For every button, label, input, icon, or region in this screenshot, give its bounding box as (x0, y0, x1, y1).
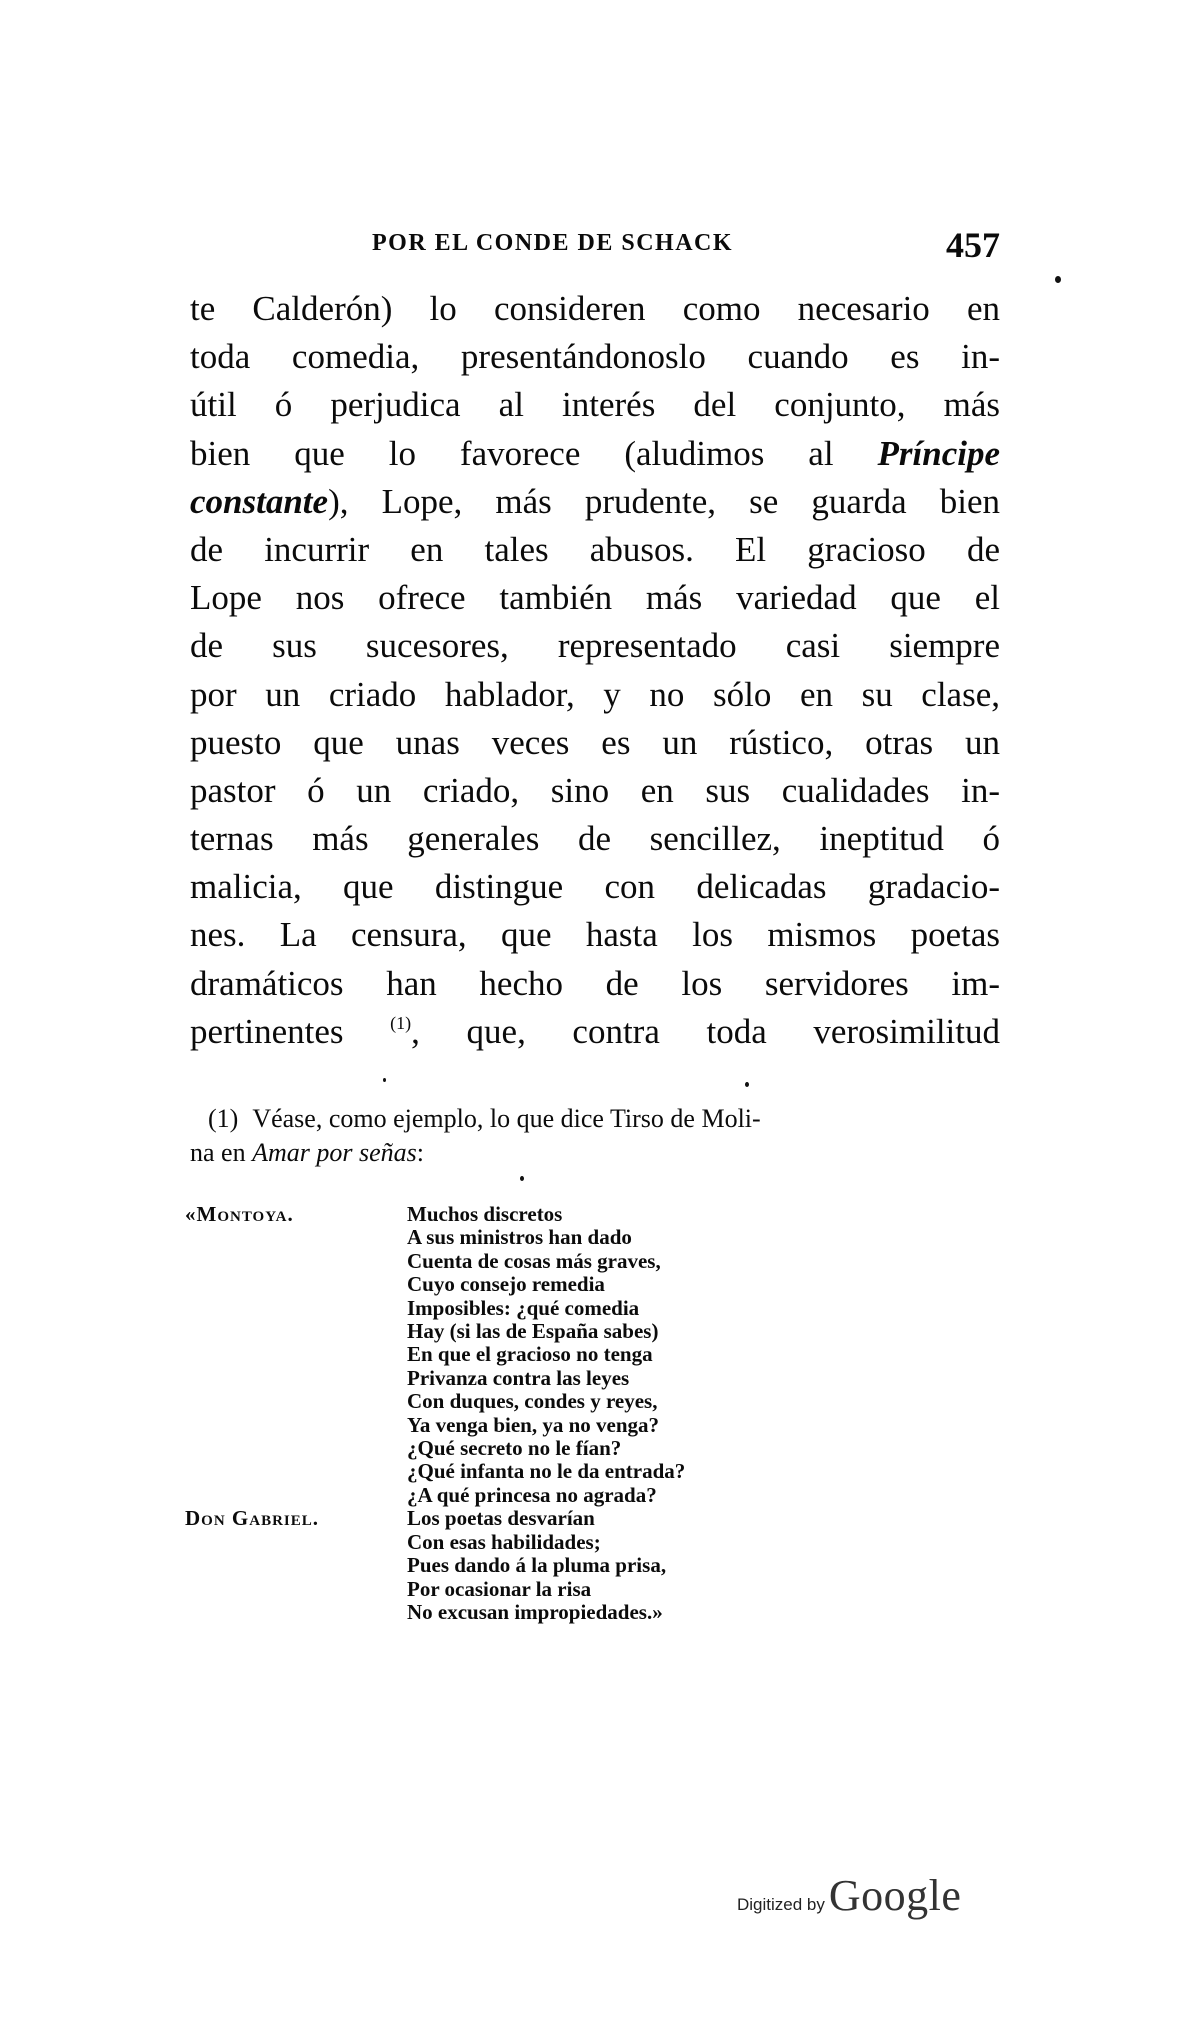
speaker-name (185, 1531, 407, 1554)
speaker-name (185, 1297, 407, 1320)
body-text-segment: pertinentes (190, 1012, 390, 1051)
verse-row: Con duques, condes y reyes, (185, 1390, 845, 1413)
verse-row: Imposibles: ¿qué comedia (185, 1297, 845, 1320)
body-line: te Calderón) lo consideren como necesari… (190, 285, 1000, 333)
speaker-name (185, 1390, 407, 1413)
body-line: puesto que unas veces es un rústico, otr… (190, 719, 1000, 767)
verse-quotation: «Montoya. Muchos discretos A sus ministr… (185, 1203, 845, 1624)
body-line: toda comedia, presentándonoslo cuando es… (190, 333, 1000, 381)
footnote-text: : (417, 1138, 424, 1167)
footnote: (1)Véase, como ejemplo, lo que dice Tirs… (190, 1102, 1020, 1170)
google-logo-text: Google (829, 1870, 962, 1921)
speaker-name (185, 1414, 407, 1437)
body-line: por un criado hablador, y no sólo en su … (190, 671, 1000, 719)
verse-row: A sus ministros han dado (185, 1226, 845, 1249)
verse-row: Cuenta de cosas más graves, (185, 1250, 845, 1273)
body-text-segment: bien que lo favorece (aludimos al (190, 434, 878, 473)
verse-row: En que el gracioso no tenga (185, 1343, 845, 1366)
verse-line: Hay (si las de España sabes) (407, 1320, 845, 1343)
speaker-name (185, 1367, 407, 1390)
verse-line: En que el gracioso no tenga (407, 1343, 845, 1366)
verse-line: Por ocasionar la risa (407, 1578, 845, 1601)
speaker-name (185, 1343, 407, 1366)
verse-row: ¿A qué princesa no agrada? (185, 1484, 845, 1507)
verse-line: Cuyo consejo remedia (407, 1273, 845, 1296)
body-line: malicia, que distingue con delicadas gra… (190, 863, 1000, 911)
speaker-name (185, 1460, 407, 1483)
body-line: pertinentes (1), que, contra toda verosi… (190, 1008, 1000, 1056)
footnote-text: Véase, como ejemplo, lo que dice Tirso d… (252, 1104, 760, 1133)
footnote-line: (1)Véase, como ejemplo, lo que dice Tirs… (190, 1102, 1020, 1136)
verse-line: Privanza contra las leyes (407, 1367, 845, 1390)
running-title: POR EL CONDE DE SCHACK (372, 230, 733, 257)
verse-row: Privanza contra las leyes (185, 1367, 845, 1390)
verse-line: ¿Qué secreto no le fían? (407, 1437, 845, 1460)
verse-line: Con duques, condes y reyes, (407, 1390, 845, 1413)
body-line: bien que lo favorece (aludimos al Prínci… (190, 430, 1000, 478)
running-header: POR EL CONDE DE SCHACK 457 (190, 228, 1000, 272)
print-speck (520, 1176, 524, 1181)
body-line: pastor ó un criado, sino en sus cualidad… (190, 767, 1000, 815)
footnote-reference[interactable]: (1) (390, 1013, 411, 1033)
speaker-name (185, 1250, 407, 1273)
speaker-name: Don Gabriel. (185, 1507, 407, 1530)
speaker-name (185, 1578, 407, 1601)
italic-title-principe: Príncipe (878, 434, 1000, 473)
footnote-marker: (1) (208, 1104, 238, 1133)
speaker-name (185, 1226, 407, 1249)
body-line: ternas más generales de sencillez, inept… (190, 815, 1000, 863)
body-line: de sus sucesores, representado casi siem… (190, 622, 1000, 670)
page-number: 457 (946, 224, 1000, 266)
verse-line: ¿A qué princesa no agrada? (407, 1484, 845, 1507)
verse-row: Ya venga bien, ya no venga? (185, 1414, 845, 1437)
footnote-text: na en (190, 1138, 252, 1167)
book-page: POR EL CONDE DE SCHACK 457 te Calderón) … (0, 0, 1180, 2017)
verse-row: Cuyo consejo remedia (185, 1273, 845, 1296)
verse-row: Con esas habilidades; (185, 1531, 845, 1554)
verse-row: Por ocasionar la risa (185, 1578, 845, 1601)
speaker-name (185, 1437, 407, 1460)
speaker-name (185, 1601, 407, 1624)
verse-line: No excusan impropiedades.» (407, 1601, 845, 1624)
verse-line: Con esas habilidades; (407, 1531, 845, 1554)
speaker-name (185, 1554, 407, 1577)
verse-line: Muchos discretos (407, 1203, 845, 1226)
verse-row: No excusan impropiedades.» (185, 1601, 845, 1624)
speaker-name: «Montoya. (185, 1203, 407, 1226)
print-speck (1055, 276, 1061, 283)
body-paragraph: te Calderón) lo consideren como necesari… (190, 285, 1000, 1056)
footnote-work-title: Amar por señas (252, 1138, 417, 1167)
speaker-name (185, 1273, 407, 1296)
verse-line: Ya venga bien, ya no venga? (407, 1414, 845, 1437)
verse-row: ¿Qué infanta no le da entrada? (185, 1460, 845, 1483)
verse-row: ¿Qué secreto no le fían? (185, 1437, 845, 1460)
digitized-by-google-watermark: Digitized by Google (737, 1870, 961, 1930)
body-line: Lope nos ofrece también más variedad que… (190, 574, 1000, 622)
body-line: útil ó perjudica al interés del conjunto… (190, 381, 1000, 429)
verse-line: ¿Qué infanta no le da entrada? (407, 1460, 845, 1483)
body-text-segment: , que, contra toda verosimilitud (411, 1012, 1000, 1051)
verse-line: Cuenta de cosas más graves, (407, 1250, 845, 1273)
body-line: de incurrir en tales abusos. El gracioso… (190, 526, 1000, 574)
watermark-prefix: Digitized by (737, 1895, 825, 1915)
verse-row: Pues dando á la pluma prisa, (185, 1554, 845, 1577)
verse-row: Don Gabriel.Los poetas desvarían (185, 1507, 845, 1530)
print-speck (745, 1082, 749, 1087)
speaker-name (185, 1320, 407, 1343)
verse-line: A sus ministros han dado (407, 1226, 845, 1249)
verse-row: Hay (si las de España sabes) (185, 1320, 845, 1343)
footnote-line: na en Amar por señas: (190, 1136, 1020, 1170)
print-speck (383, 1078, 386, 1082)
body-line: dramáticos han hecho de los servidores i… (190, 960, 1000, 1008)
verse-line: Imposibles: ¿qué comedia (407, 1297, 845, 1320)
speaker-name (185, 1484, 407, 1507)
italic-title-constante: constante (190, 482, 328, 521)
body-line: nes. La censura, que hasta los mismos po… (190, 911, 1000, 959)
body-text-segment: ), Lope, más prudente, se guarda bien (328, 482, 1000, 521)
verse-row: «Montoya. Muchos discretos (185, 1203, 845, 1226)
verse-line: Pues dando á la pluma prisa, (407, 1554, 845, 1577)
body-line: constante), Lope, más prudente, se guard… (190, 478, 1000, 526)
verse-line: Los poetas desvarían (407, 1507, 845, 1530)
